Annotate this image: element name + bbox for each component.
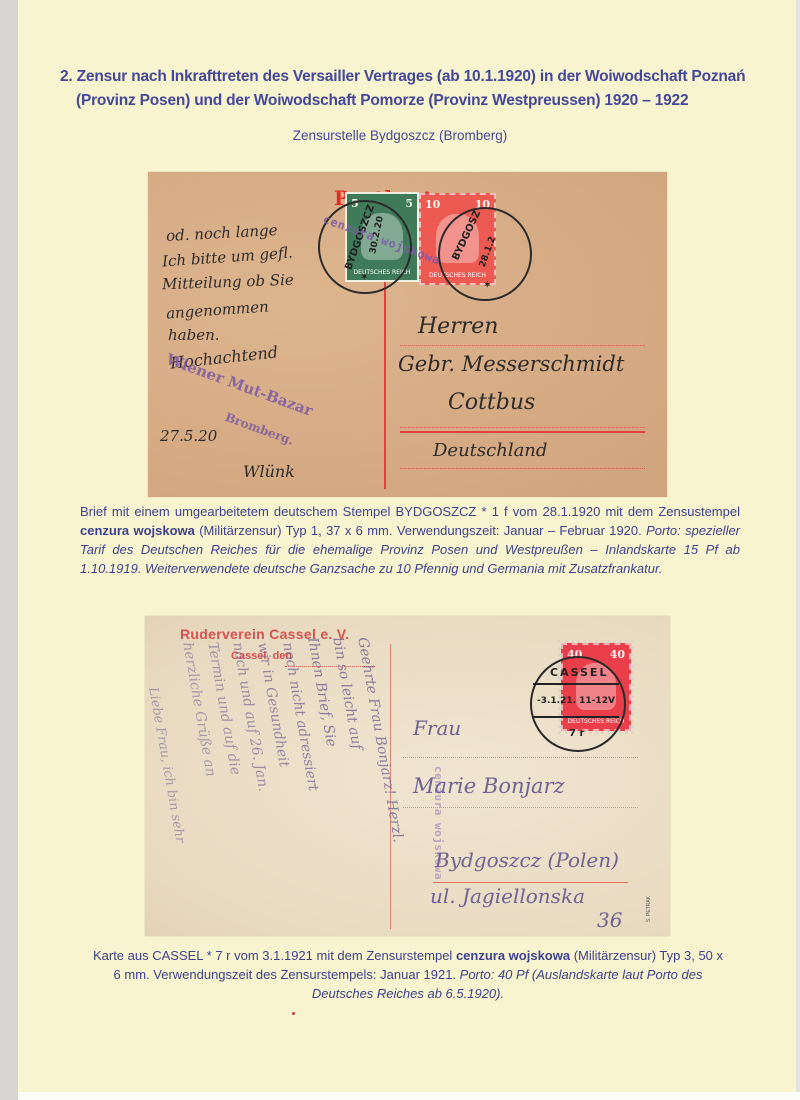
- address-underline: [433, 882, 628, 883]
- address-house-number: 36: [597, 908, 622, 932]
- address-recipient-title: Herren: [418, 314, 498, 339]
- postmark-city: CASSEL: [550, 666, 608, 679]
- address-recipient-title: Frau: [413, 716, 461, 740]
- postmark-bottom: 7 r: [569, 728, 584, 739]
- address-recipient-name: Marie Bonjarz: [413, 774, 565, 798]
- page-heading: 2. Zensur nach Inkrafttreten des Versail…: [60, 65, 760, 113]
- signature: Wlünk: [243, 462, 295, 481]
- address-line: [400, 427, 645, 428]
- club-imprint: Ruderverein Cassel e. V.: [180, 626, 349, 642]
- message-line: angenommen: [165, 297, 269, 322]
- censor-office-subheading: Zensurstelle Bydgoszcz (Bromberg): [0, 128, 800, 143]
- address-city: Bydgoszcz (Polen): [435, 848, 619, 872]
- page-edge: [796, 0, 800, 1100]
- message-line: Mitteilung ob Sie: [162, 271, 294, 294]
- postmark-bar: [533, 683, 619, 685]
- address-line: [403, 807, 638, 808]
- address-line: [400, 468, 645, 469]
- printer-mark: S. PETRAK: [646, 896, 652, 922]
- caption-card-2: Karte aus CASSEL * 7 r vom 3.1.1921 mit …: [88, 946, 728, 1003]
- address-city: Cottbus: [448, 390, 535, 415]
- address-street: ul. Jagiellonska: [430, 884, 585, 908]
- handwritten-date: 27.5.20: [160, 427, 217, 445]
- message-line: haben.: [168, 326, 220, 344]
- message-text: Liebe Frau, ich bin sehr: [145, 686, 187, 844]
- address-country: Deutschland: [433, 440, 547, 461]
- page-bottom-edge: [18, 1092, 800, 1100]
- caption-card-1: Brief mit einem umgearbeitetem deutschem…: [80, 502, 740, 578]
- star-icon: ✶: [360, 272, 368, 283]
- postmark-date: -3.1.21. 11-12V: [537, 696, 615, 706]
- address-underline: [400, 431, 645, 433]
- address-line: [400, 345, 645, 346]
- address-line: [403, 757, 638, 758]
- star-icon: ✶: [483, 280, 491, 291]
- heading-line-2: (Provinz Posen) und der Woiwodschaft Pom…: [60, 89, 760, 113]
- sender-stamp-line-2: Bromberg.: [223, 410, 296, 448]
- postcard-bydgoszcz: Postkarte 5 5 DEUTSCHES REICH 10 10 DEUT…: [148, 172, 667, 497]
- postmark-bar: [533, 716, 619, 718]
- message-line: od. noch lange: [166, 221, 278, 245]
- postcard-cassel: Ruderverein Cassel e. V. Cassel, den Lie…: [145, 616, 670, 936]
- page-speck: [292, 1012, 295, 1015]
- address-recipient-name: Gebr. Messerschmidt: [398, 352, 624, 376]
- heading-line-1: 2. Zensur nach Inkrafttreten des Versail…: [60, 68, 745, 85]
- message-line: Ich bitte um gefl.: [162, 243, 294, 270]
